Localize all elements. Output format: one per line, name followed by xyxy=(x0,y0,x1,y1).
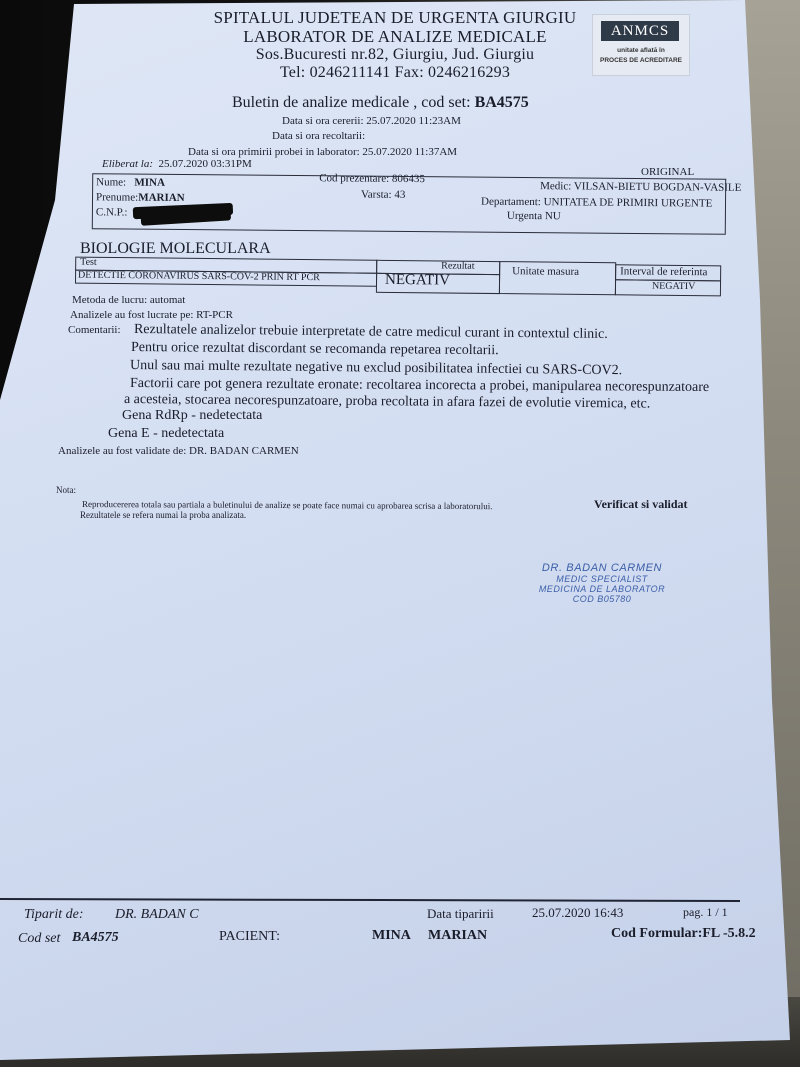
gene-rdrp: Gena RdRp - nedetectata xyxy=(122,408,262,424)
patient-age: Varsta: 43 xyxy=(361,189,405,201)
patient-info-box: Nume: MINA Prenume:MARIAN C.N.P.: Cod pr… xyxy=(92,173,726,235)
doctor-stamp: DR. BADAN CARMEN MEDIC SPECIALIST MEDICI… xyxy=(522,562,682,604)
verified-validated: Verificat si validat xyxy=(594,497,688,512)
issued-value: 25.07.2020 03:31PM xyxy=(159,158,252,170)
note-line-2: Rezultatele se refera numai la proba ana… xyxy=(80,510,246,520)
issued-label: Eliberat la: xyxy=(102,158,153,170)
lab-contact: Tel: 0246211141 Fax: 0246216293 xyxy=(175,64,615,82)
print-date: 25.07.2020 16:43 xyxy=(532,905,623,921)
comments-label: Comentarii: xyxy=(68,324,121,336)
patient-last-name: Nume: MINA xyxy=(96,176,165,189)
code-set-value: BA4575 xyxy=(72,930,119,946)
result-value: NEGATIV xyxy=(385,272,450,290)
badge-line-2: PROCES DE ACREDITARE xyxy=(593,57,689,64)
page-number: pag. 1 / 1 xyxy=(683,905,728,920)
code-set-label: Cod set xyxy=(18,931,60,947)
printed-by: DR. BADAN C xyxy=(115,907,199,923)
test-name-cell: DETECTIE CORONAVIRUS SARS-COV-2 PRIN RT … xyxy=(75,270,377,287)
footer-patient-label: PACIENT: xyxy=(219,929,280,945)
attending-doctor: Medic: VILSAN-BIETU BOGDAN-VASILE xyxy=(540,180,741,194)
result-cell: NEGATIV xyxy=(376,273,500,294)
original-label: ORIGINAL xyxy=(641,166,694,178)
gene-e: Gena E - nedetectata xyxy=(108,426,224,442)
department: Departament: UNITATEA DE PRIMIRI URGENTE xyxy=(481,196,712,210)
patient-first-name: Prenume:MARIAN xyxy=(96,191,185,204)
lab-name: LABORATOR DE ANALIZE MEDICALE xyxy=(175,27,615,47)
footer-divider xyxy=(0,898,740,902)
request-datetime: Data si ora cererii: 25.07.2020 11:23AM xyxy=(282,115,461,127)
urgency: Urgenta NU xyxy=(507,210,561,222)
printed-by-label: Tiparit de: xyxy=(24,907,84,923)
note-label: Nota: xyxy=(56,485,76,495)
analysis-platform: Analizele au fost lucrate pe: RT-PCR xyxy=(70,309,233,321)
print-date-label: Data tiparirii xyxy=(427,906,494,922)
stamp-title: MEDIC SPECIALIST xyxy=(522,574,682,584)
stamp-code: COD B05780 xyxy=(522,594,682,604)
section-title: BIOLOGIE MOLECULARA xyxy=(80,240,271,258)
comment-line-2: Pentru orice rezultat discordant se reco… xyxy=(131,340,499,359)
collection-datetime: Data si ora recoltarii: xyxy=(272,130,365,142)
issued-at: Eliberat la: 25.07.2020 03:31PM xyxy=(102,158,252,170)
stamp-specialty: MEDICINA DE LABORATOR xyxy=(522,584,682,594)
unit-cell: Unitate masura xyxy=(499,261,616,295)
work-method: Metoda de lucru: automat xyxy=(72,294,185,306)
footer-patient-first: MARIAN xyxy=(428,928,487,944)
patient-cnp-label: C.N.P.: xyxy=(96,206,128,218)
lab-address: Sos.Bucuresti nr.82, Giurgiu, Jud. Giurg… xyxy=(175,46,615,64)
badge-line-1: unitate aflată în xyxy=(593,47,689,54)
bulletin-title: Buletin de analize medicale , cod set: B… xyxy=(232,94,529,112)
presentation-code: Cod prezentare: 806435 xyxy=(319,172,425,185)
lab-report-paper: SPITALUL JUDETEAN DE URGENTA GIURGIU LAB… xyxy=(0,0,800,1067)
anmcs-logo: ANMCS xyxy=(601,21,679,41)
form-code: Cod Formular:FL -5.8.2 xyxy=(611,926,756,942)
anmcs-accreditation-badge: ANMCS unitate aflată în PROCES DE ACREDI… xyxy=(592,14,690,76)
bulletin-code: BA4575 xyxy=(475,94,529,111)
stamp-doctor-name: DR. BADAN CARMEN xyxy=(522,562,682,574)
footer-patient-last: MINA xyxy=(372,928,411,944)
reference-cell: NEGATIV xyxy=(615,279,721,296)
hospital-name: SPITALUL JUDETEAN DE URGENTA GIURGIU xyxy=(175,8,615,28)
validated-by: Analizele au fost validate de: DR. BADAN… xyxy=(58,445,299,457)
received-datetime: Data si ora primirii probei in laborator… xyxy=(188,146,457,158)
